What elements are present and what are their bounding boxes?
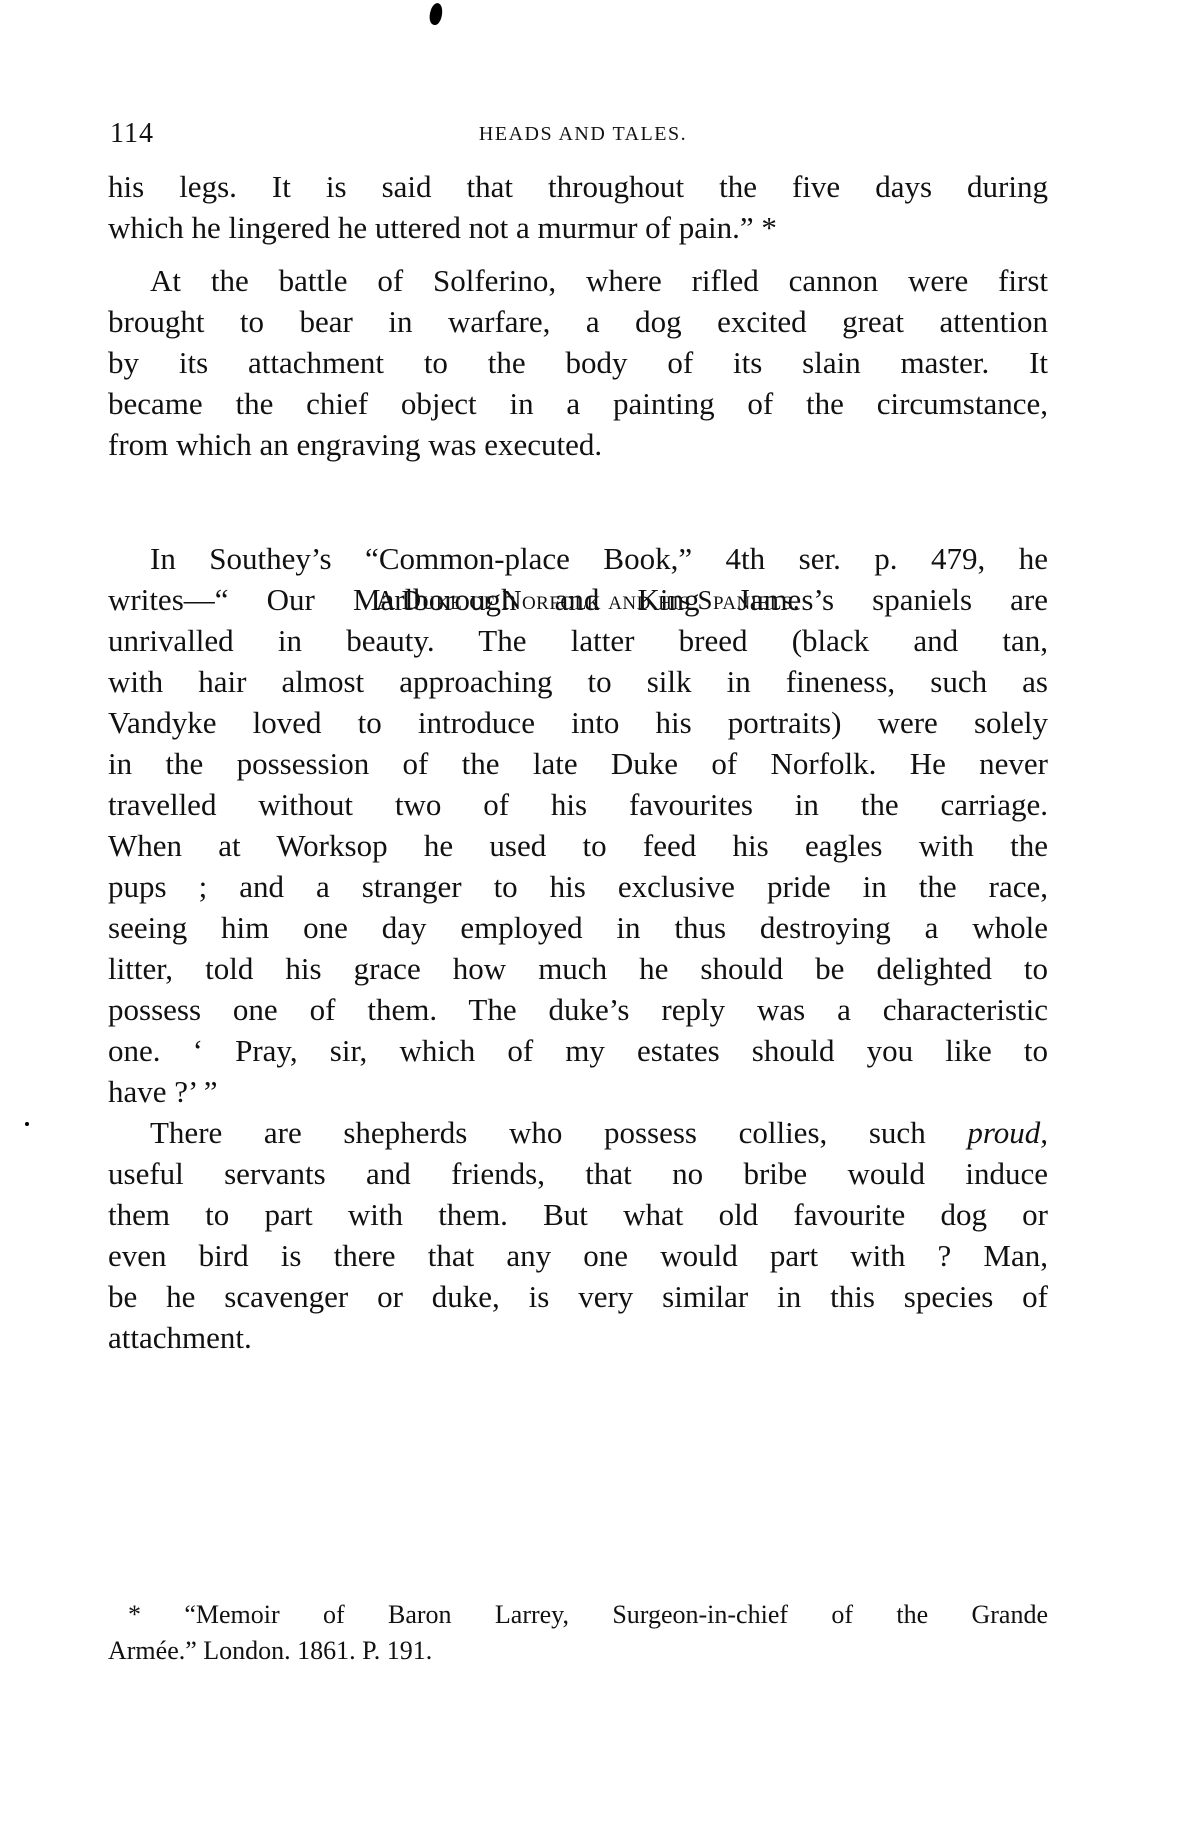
italic-word: proud, xyxy=(967,1115,1048,1150)
text-line: became the chief object in a painting of… xyxy=(108,383,1048,424)
footnote-line: Armée.” London. 1861. P. 191. xyxy=(108,1633,1048,1669)
text-line: unrivalled in beauty. The latter breed (… xyxy=(108,620,1048,661)
text-line: his legs. It is said that throughout the… xyxy=(108,166,1048,207)
text-line: possess one of them. The duke’s reply wa… xyxy=(108,989,1048,1030)
text-line: Vandyke loved to introduce into his port… xyxy=(108,702,1048,743)
text-line: them to part with them. But what old fav… xyxy=(108,1194,1048,1235)
text-line: attachment. xyxy=(108,1317,1048,1358)
text-line: have ?’ ” xyxy=(108,1071,1048,1112)
paragraph-continuation: his legs. It is said that throughout the… xyxy=(108,166,1048,248)
text-line: with hair almost approaching to silk in … xyxy=(108,661,1048,702)
text-line: travelled without two of his favourites … xyxy=(108,784,1048,825)
scan-speck-margin xyxy=(25,1122,29,1126)
paragraph-shepherds: There are shepherds who possess collies,… xyxy=(108,1112,1048,1358)
scan-speck-top xyxy=(428,2,444,26)
text-line: one. ‘ Pray, sir, which of my estates sh… xyxy=(108,1030,1048,1071)
text-line: which he lingered he uttered not a murmu… xyxy=(108,207,1048,248)
text-line: useful servants and friends, that no bri… xyxy=(108,1153,1048,1194)
text-line: seeing him one day employed in thus dest… xyxy=(108,907,1048,948)
text-line: When at Worksop he used to feed his eagl… xyxy=(108,825,1048,866)
running-title: HEADS AND TALES. xyxy=(110,123,1046,146)
text-line: be he scavenger or duke, is very similar… xyxy=(108,1276,1048,1317)
text-line: There are shepherds who possess collies,… xyxy=(108,1112,1048,1153)
text-line: by its attachment to the body of its sla… xyxy=(108,342,1048,383)
text-line: At the battle of Solferino, where rifled… xyxy=(108,260,1048,301)
text-line: In Southey’s “Common-place Book,” 4th se… xyxy=(108,538,1048,579)
text-line: writes—“ Our Marlborough and King James’… xyxy=(108,579,1048,620)
footnote: * “Memoir of Baron Larrey, Surgeon-in-ch… xyxy=(108,1597,1048,1669)
text-line: pups ; and a stranger to his exclusive p… xyxy=(108,866,1048,907)
text-line: in the possession of the late Duke of No… xyxy=(108,743,1048,784)
paragraph-southey: In Southey’s “Common-place Book,” 4th se… xyxy=(108,538,1048,1112)
running-header: 114 HEADS AND TALES. xyxy=(110,118,1046,158)
text-line: even bird is there that any one would pa… xyxy=(108,1235,1048,1276)
text-run: There are shepherds who possess collies,… xyxy=(150,1115,967,1150)
footnote-line: * “Memoir of Baron Larrey, Surgeon-in-ch… xyxy=(108,1597,1048,1633)
text-line: litter, told his grace how much he shoul… xyxy=(108,948,1048,989)
text-line: brought to bear in warfare, a dog excite… xyxy=(108,301,1048,342)
paragraph-solferino: At the battle of Solferino, where rifled… xyxy=(108,260,1048,465)
text-line: from which an engraving was executed. xyxy=(108,424,1048,465)
